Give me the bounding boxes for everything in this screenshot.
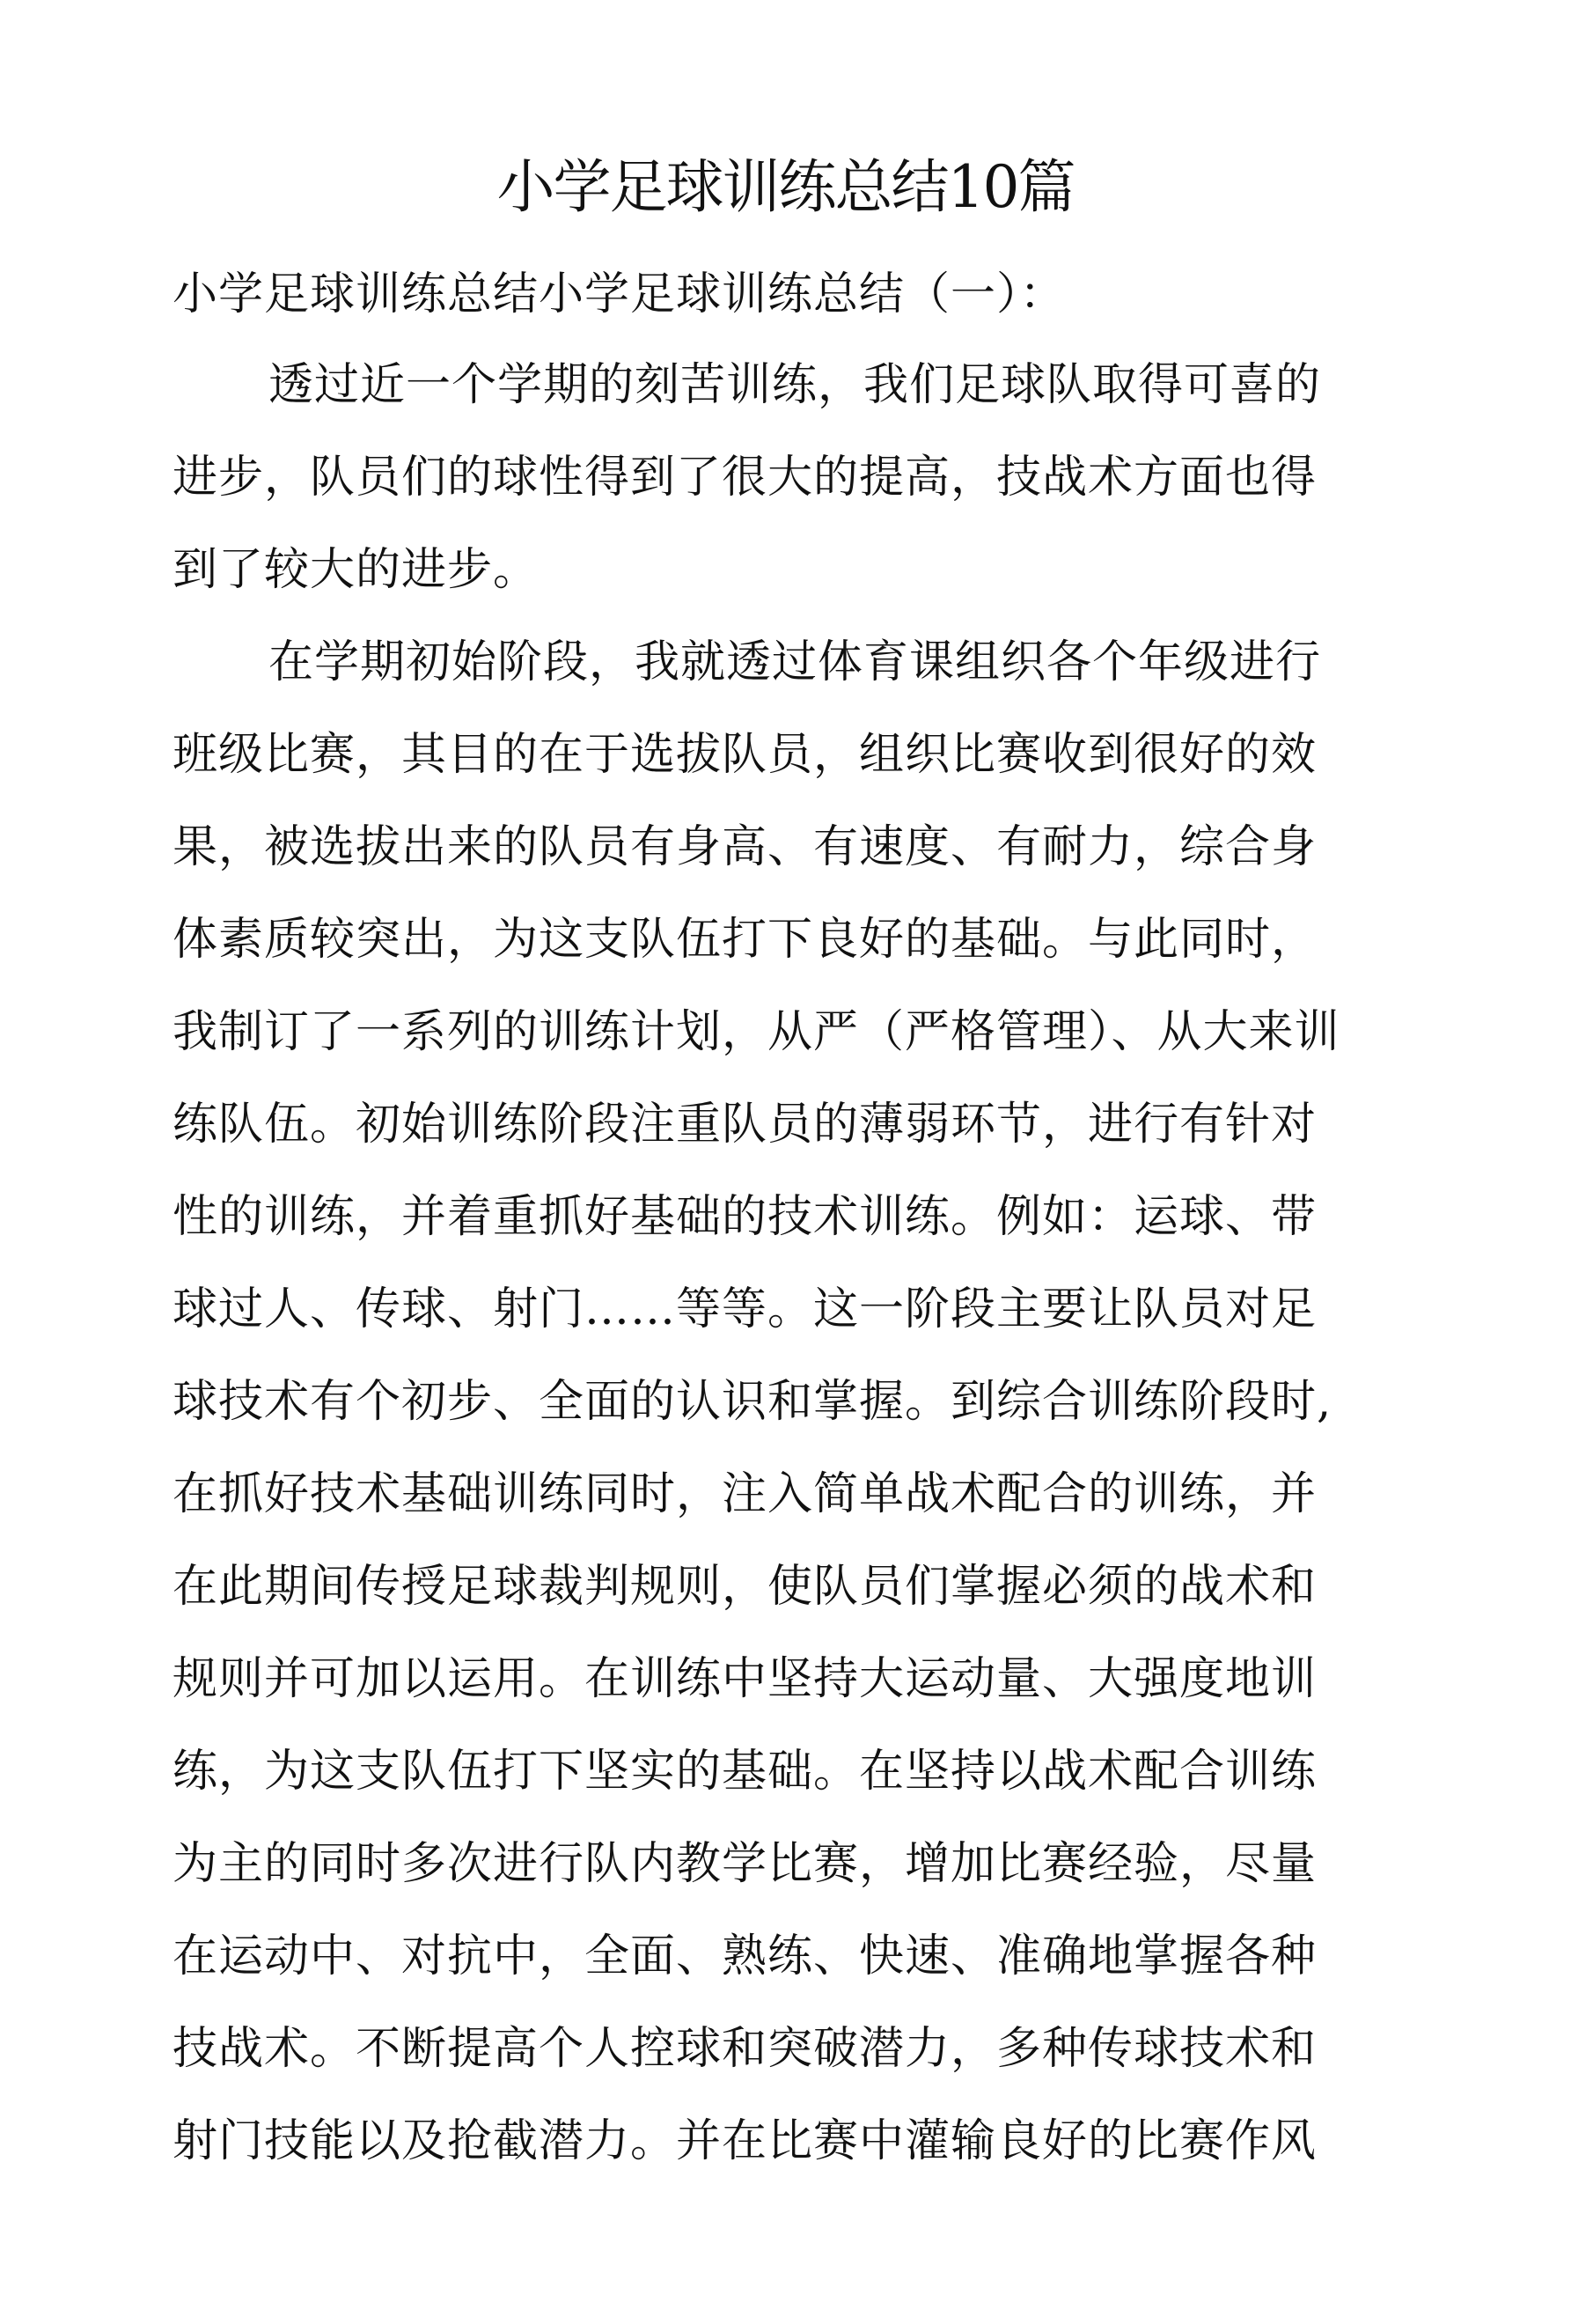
paragraph-line: 果，被选拔出来的队员有身高、有速度、有耐力，综合身 [173, 817, 1317, 879]
section-heading: 小学足球训练总结小学足球训练总结（一）： [173, 264, 1066, 326]
paragraph-line: 规则并可加以运用。在训练中坚持大运动量、大强度地训 [173, 1649, 1317, 1710]
paragraph-line: 在此期间传授足球裁判规则，使队员们掌握必须的战术和 [173, 1556, 1317, 1618]
paragraph-line: 在运动中、对抗中，全面、熟练、快速、准确地掌握各种 [173, 1926, 1317, 1988]
paragraph-line: 球过人、传球、射门……等等。这一阶段主要让队员对足 [173, 1279, 1317, 1341]
paragraph-line: 练，为这支队伍打下坚实的基础。在坚持以战术配合训练 [173, 1741, 1317, 1803]
paragraph-line: 我制订了一系列的训练计划，从严（严格管理）、从大来训 [173, 1002, 1340, 1063]
paragraph-line: 练队伍。初始训练阶段注重队员的薄弱环节，进行有针对 [173, 1094, 1317, 1156]
paragraph-line: 在学期初始阶段，我就透过体育课组织各个年级进行 [268, 632, 1321, 694]
paragraph-line: 性的训练，并着重抓好基础的技术训练。例如：运球、带 [173, 1187, 1317, 1248]
paragraph-line: 进步，队员们的球性得到了很大的提高，技战术方面也得 [173, 447, 1317, 509]
paragraph-line: 球技术有个初步、全面的认识和掌握。到综合训练阶段时, [173, 1372, 1332, 1433]
paragraph-line: 为主的同时多次进行队内教学比赛，增加比赛经验，尽量 [173, 1834, 1317, 1895]
paragraph-line: 体素质较突出，为这支队伍打下良好的基础。与此同时， [173, 909, 1317, 971]
paragraph-line: 在抓好技术基础训练同时，注入简单战术配合的训练，并 [173, 1464, 1317, 1526]
paragraph-line: 技战术。不断提高个人控球和突破潜力，多种传球技术和 [173, 2019, 1317, 2080]
document-title: 小学足球训练总结10篇 [0, 150, 1571, 225]
paragraph-line: 班级比赛，其目的在于选拔队员，组织比赛收到很好的效 [173, 724, 1317, 786]
paragraph-line: 射门技能以及抢截潜力。并在比赛中灌输良好的比赛作风 [173, 2111, 1317, 2173]
paragraph-line: 到了较大的进步。 [173, 540, 539, 601]
paragraph-line: 透过近一个学期的刻苦训练，我们足球队取得可喜的 [268, 355, 1321, 416]
